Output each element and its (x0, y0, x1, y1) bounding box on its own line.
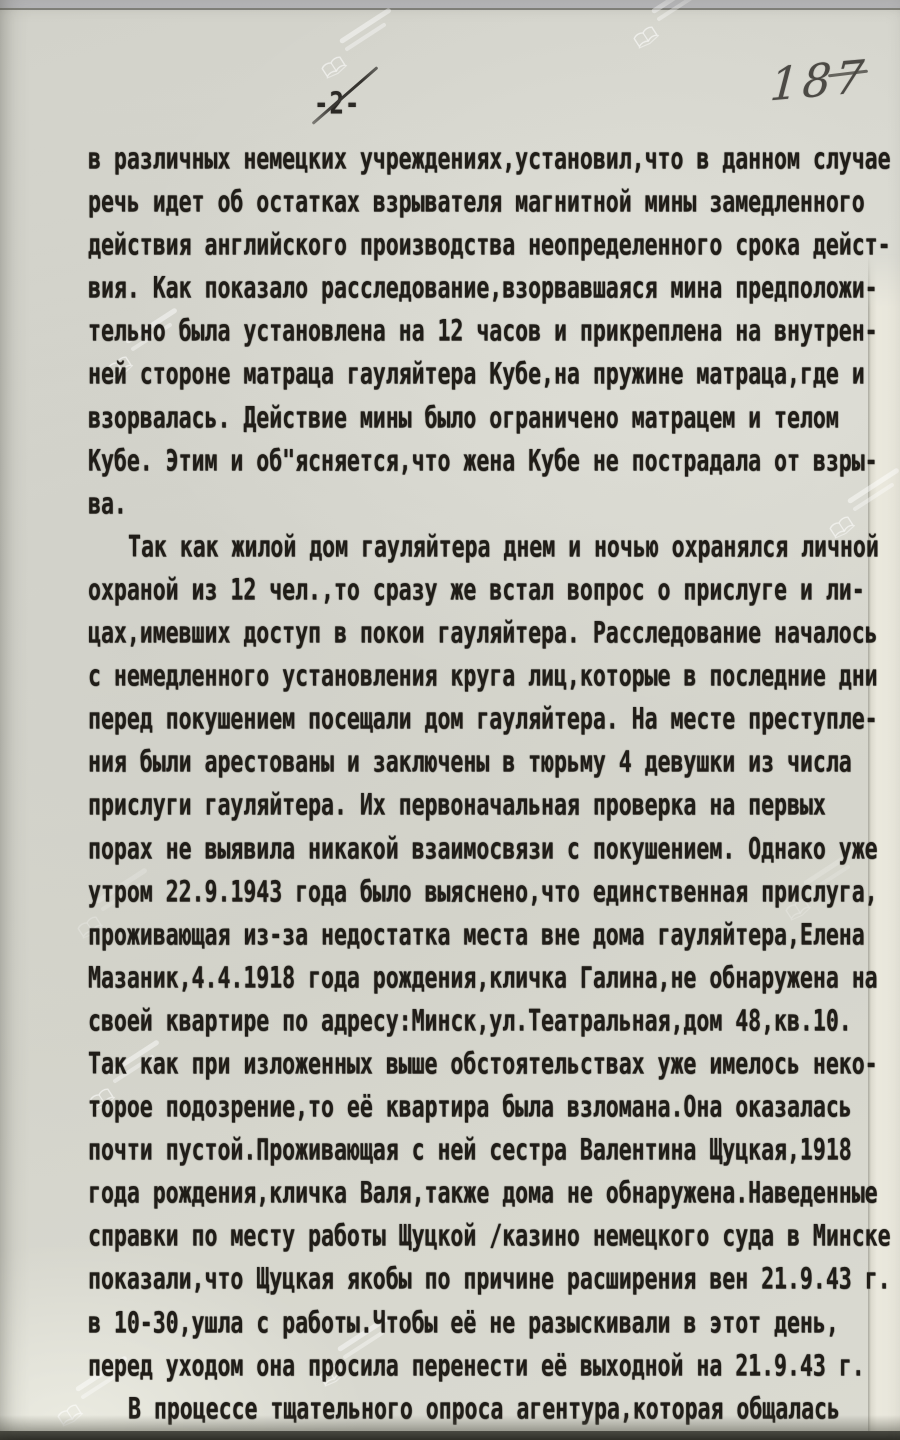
open-book-icon (319, 53, 352, 85)
watermark-rotated-group (311, 0, 417, 85)
scan-backdrop-bottom (0, 1431, 900, 1440)
watermark-text-lines (339, 7, 397, 51)
page-bottom-shadow (0, 1415, 900, 1431)
open-book-watermark-icon (636, 10, 740, 56)
document-scan: -2- 187 в различных немецких учреждениях… (0, 0, 900, 1440)
scan-backdrop-top (0, 0, 900, 10)
open-book-watermark-icon (324, 40, 428, 86)
open-book-icon (631, 23, 664, 55)
folio-number-handwritten: 187 (768, 49, 869, 111)
document-body-text: в различных немецких учреждениях,установ… (88, 131, 900, 1424)
